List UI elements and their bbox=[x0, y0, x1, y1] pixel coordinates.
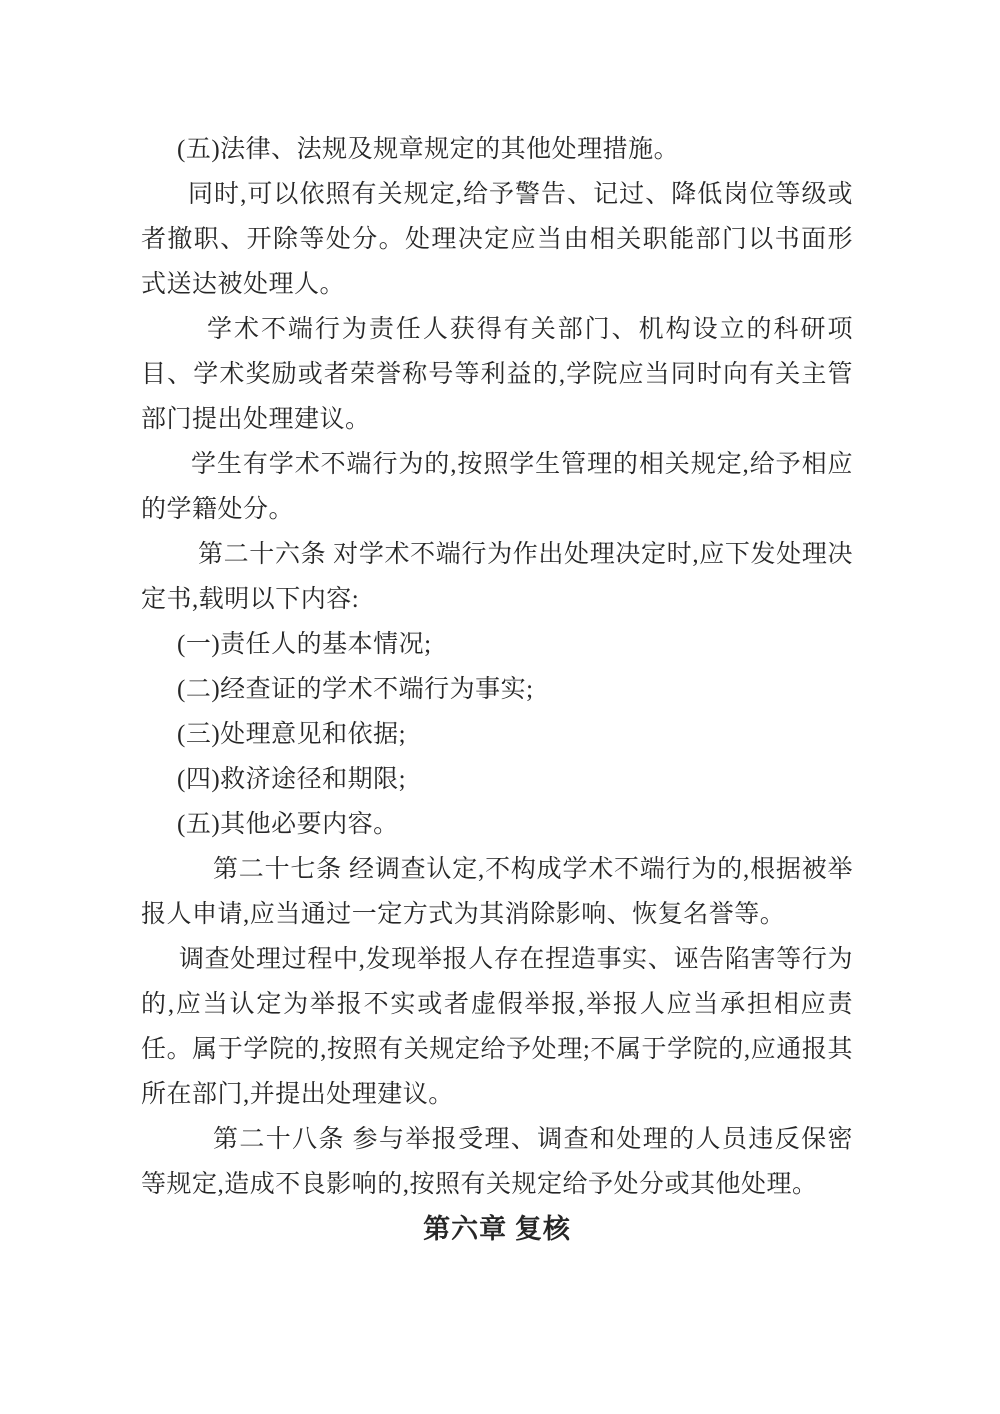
paragraph-article-27: 第二十七条 经调查认定,不构成学术不端行为的,根据被举报人申请,应当通过一定方式… bbox=[141, 847, 853, 937]
list-item-5-other-content: (五)其他必要内容。 bbox=[141, 802, 853, 847]
paragraph-student-misconduct: 学生有学术不端行为的,按照学生管理的相关规定,给予相应的学籍处分。 bbox=[141, 442, 853, 532]
list-item-3-opinion-basis: (三)处理意见和依据; bbox=[141, 712, 853, 757]
list-item-4-remedy-deadline: (四)救济途径和期限; bbox=[141, 757, 853, 802]
document-page: (五)法律、法规及规章规定的其他处理措施。 同时,可以依照有关规定,给予警告、记… bbox=[0, 0, 1000, 1414]
document-text-block: (五)法律、法规及规章规定的其他处理措施。 同时,可以依照有关规定,给予警告、记… bbox=[141, 127, 853, 1252]
chapter-6-heading: 第六章 复核 bbox=[141, 1207, 853, 1252]
paragraph-false-accusation: 调查处理过程中,发现举报人存在捏造事实、诬告陷害等行为的,应当认定为举报不实或者… bbox=[141, 937, 853, 1117]
paragraph-article-28: 第二十八条 参与举报受理、调查和处理的人员违反保密等规定,造成不良影响的,按照有… bbox=[141, 1117, 853, 1207]
paragraph-article-26: 第二十六条 对学术不端行为作出处理决定时,应下发处理决定书,载明以下内容: bbox=[141, 532, 853, 622]
list-item-2-verified-facts: (二)经查证的学术不端行为事实; bbox=[141, 667, 853, 712]
list-item-5-other-measures: (五)法律、法规及规章规定的其他处理措施。 bbox=[141, 127, 853, 172]
paragraph-benefits-recommendation: 学术不端行为责任人获得有关部门、机构设立的科研项目、学术奖励或者荣誉称号等利益的… bbox=[141, 307, 853, 442]
paragraph-concurrent-sanctions: 同时,可以依照有关规定,给予警告、记过、降低岗位等级或者撤职、开除等处分。处理决… bbox=[141, 172, 853, 307]
list-item-1-basic-info: (一)责任人的基本情况; bbox=[141, 622, 853, 667]
